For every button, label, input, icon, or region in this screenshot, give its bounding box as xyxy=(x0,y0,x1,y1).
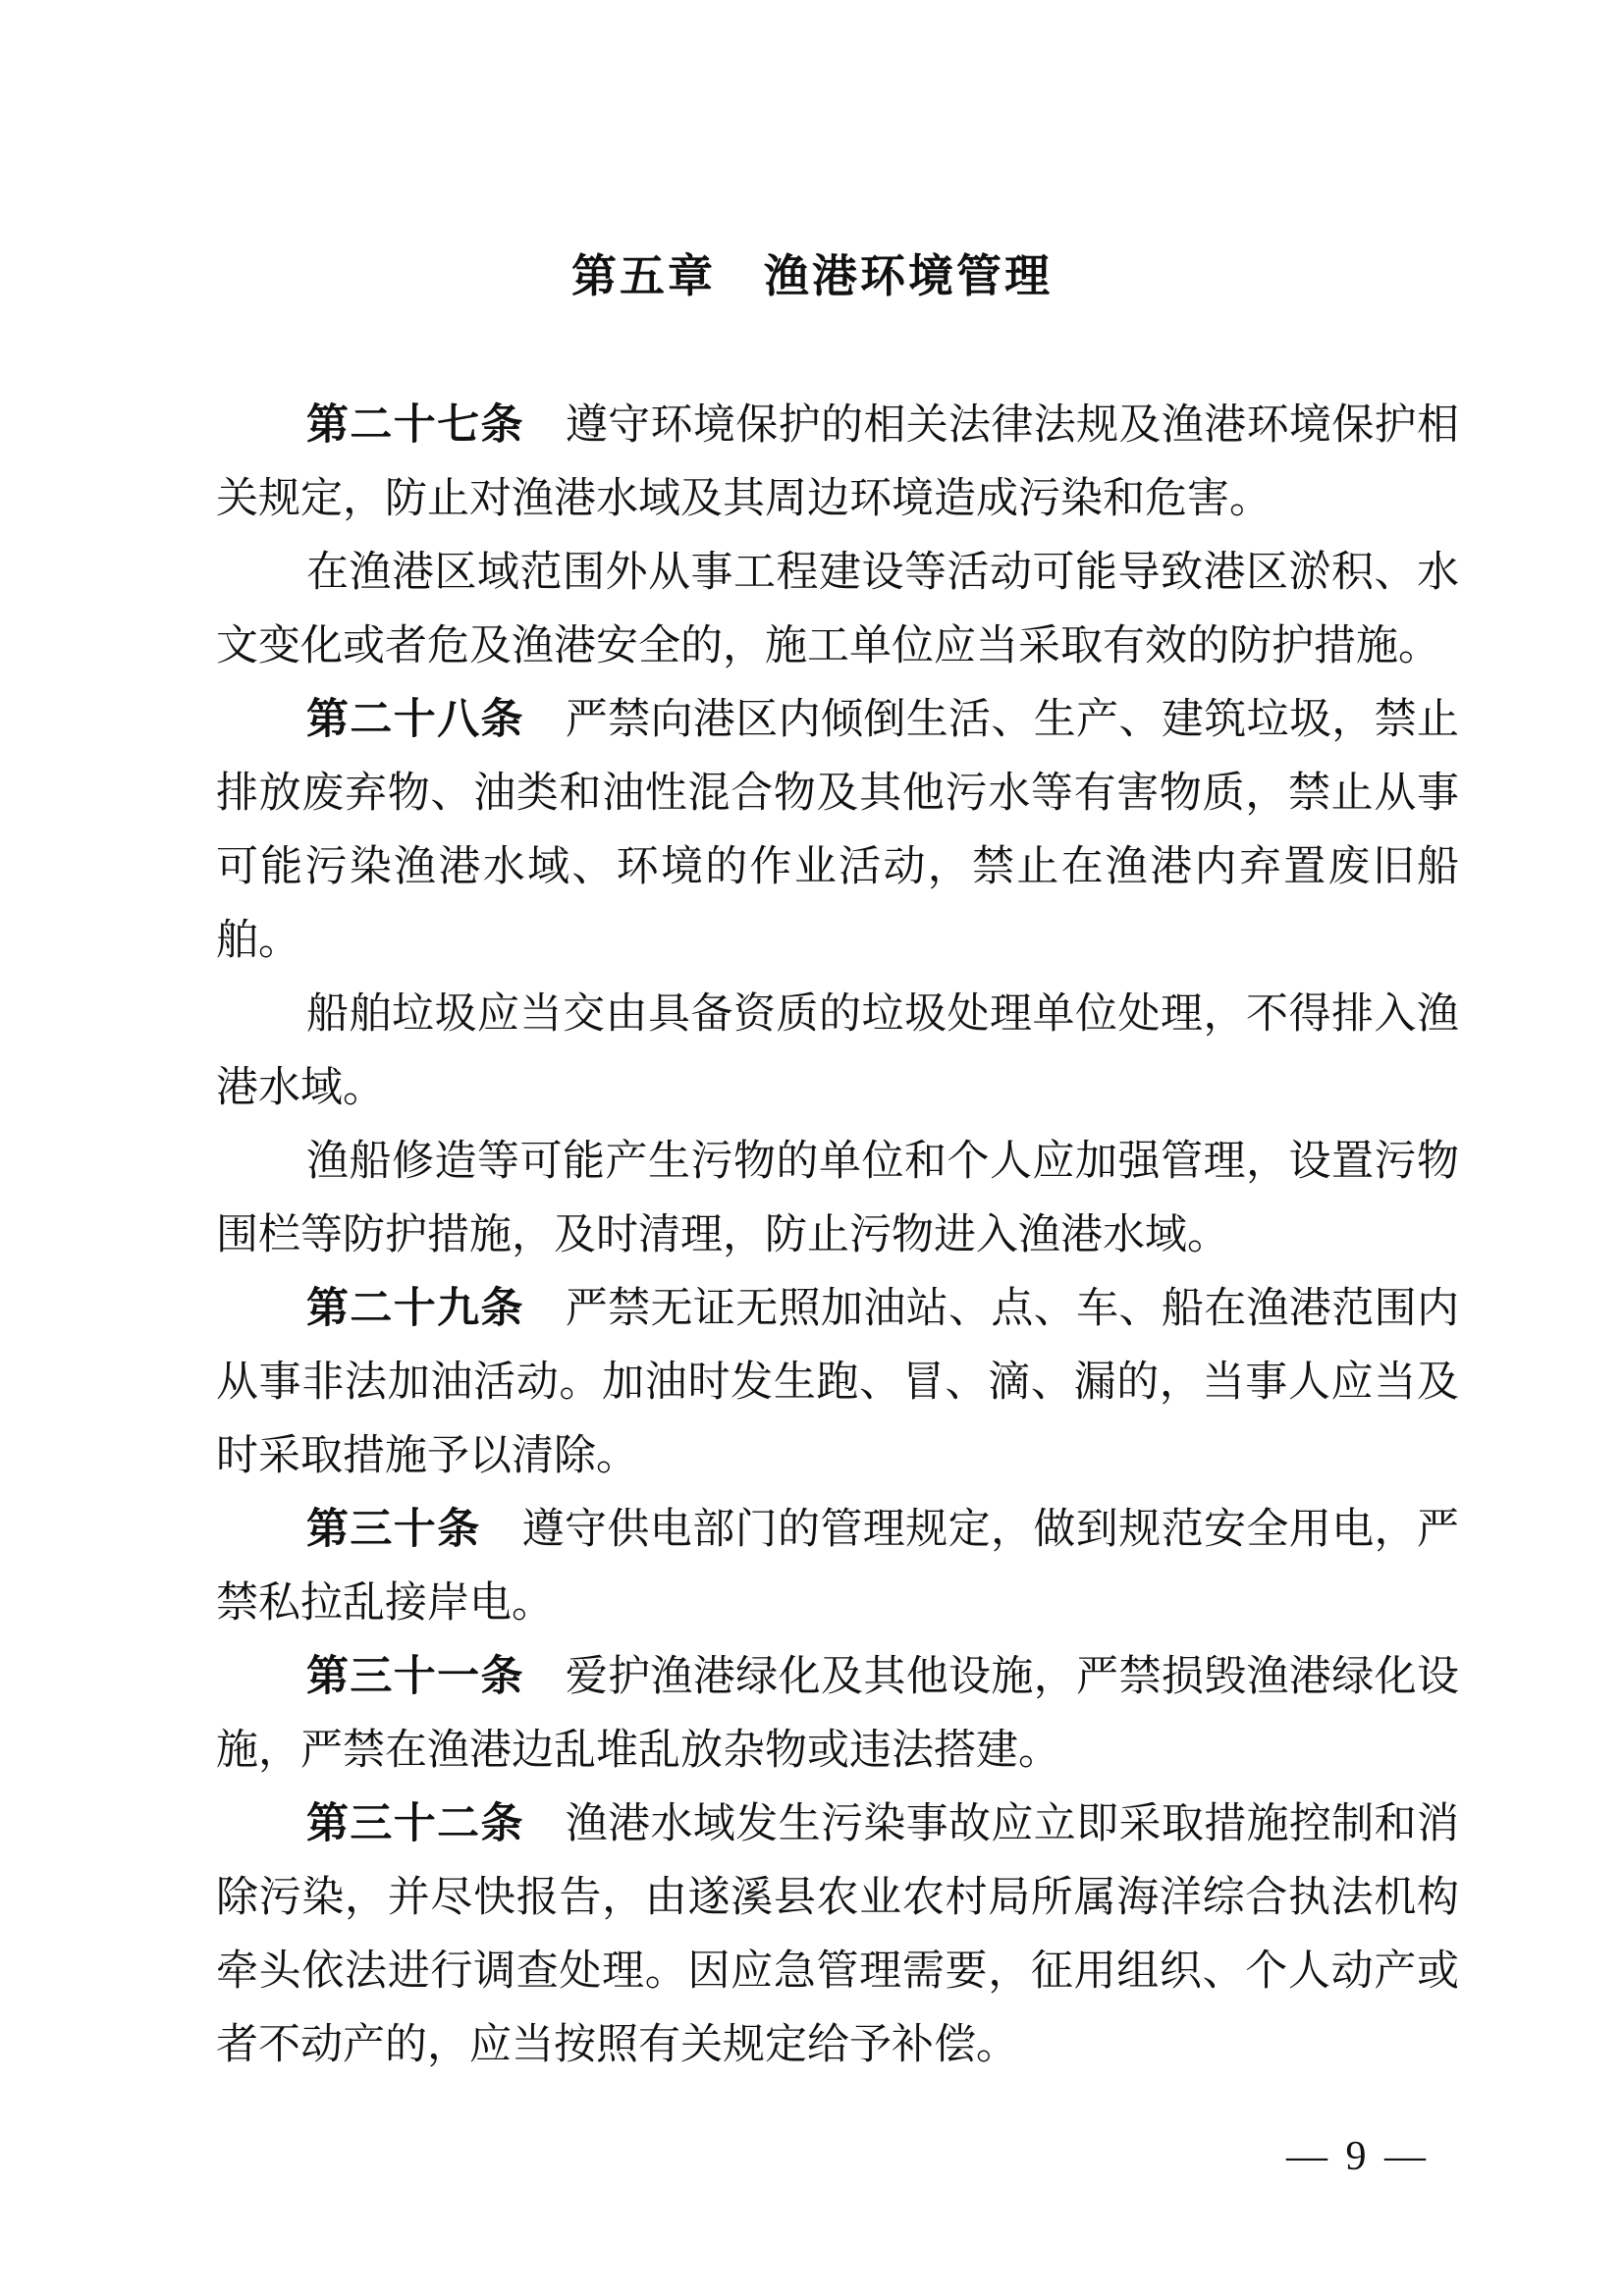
article-number: 第三十一条 xyxy=(306,1653,524,1700)
paragraph: 船舶垃圾应当交由具备资质的垃圾处理单位处理，不得排入渔港水域。 xyxy=(216,978,1459,1125)
article-number: 第三十二条 xyxy=(306,1800,524,1847)
document-page: 第五章 渔港环境管理 第二十七条遵守环境保护的相关法律法规及渔港环境保护相关规定… xyxy=(0,0,1624,2296)
paragraph-text: 在渔港区域范围外从事工程建设等活动可能导致港区淤积、水文变化或者危及渔港安全的，… xyxy=(216,550,1459,669)
paragraph-text: 渔船修造等可能产生污物的单位和个人应加强管理，设置污物围栏等防护措施，及时清理，… xyxy=(216,1139,1459,1258)
paragraph: 第二十九条严禁无证无照加油站、点、车、船在渔港范围内从事非法加油活动。加油时发生… xyxy=(216,1272,1459,1493)
article-number: 第三十条 xyxy=(306,1506,481,1553)
paragraph: 第二十八条严禁向港区内倾倒生活、生产、建筑垃圾，禁止排放废弃物、油类和油性混合物… xyxy=(216,683,1459,978)
document-body: 第二十七条遵守环境保护的相关法律法规及渔港环境保护相关规定，防止对渔港水域及其周… xyxy=(216,389,1459,2082)
chapter-title: 第五章 渔港环境管理 xyxy=(0,251,1624,301)
paragraph: 第三十二条渔港水域发生污染事故应立即采取措施控制和消除污染，并尽快报告，由遂溪县… xyxy=(216,1788,1459,2082)
paragraph: 第二十七条遵守环境保护的相关法律法规及渔港环境保护相关规定，防止对渔港水域及其周… xyxy=(216,389,1459,536)
paragraph: 在渔港区域范围外从事工程建设等活动可能导致港区淤积、水文变化或者危及渔港安全的，… xyxy=(216,536,1459,683)
paragraph-text: 船舶垃圾应当交由具备资质的垃圾处理单位处理，不得排入渔港水域。 xyxy=(216,991,1459,1111)
article-number: 第二十七条 xyxy=(306,401,524,449)
paragraph: 第三十条遵守供电部门的管理规定，做到规范安全用电，严禁私拉乱接岸电。 xyxy=(216,1493,1459,1640)
page-number: — 9 — xyxy=(1286,2132,1430,2181)
paragraph: 渔船修造等可能产生污物的单位和个人应加强管理，设置污物围栏等防护措施，及时清理，… xyxy=(216,1125,1459,1272)
article-number: 第二十九条 xyxy=(306,1285,524,1332)
paragraph: 第三十一条爱护渔港绿化及其他设施，严禁损毁渔港绿化设施，严禁在渔港边乱堆乱放杂物… xyxy=(216,1640,1459,1788)
article-number: 第二十八条 xyxy=(306,696,524,743)
